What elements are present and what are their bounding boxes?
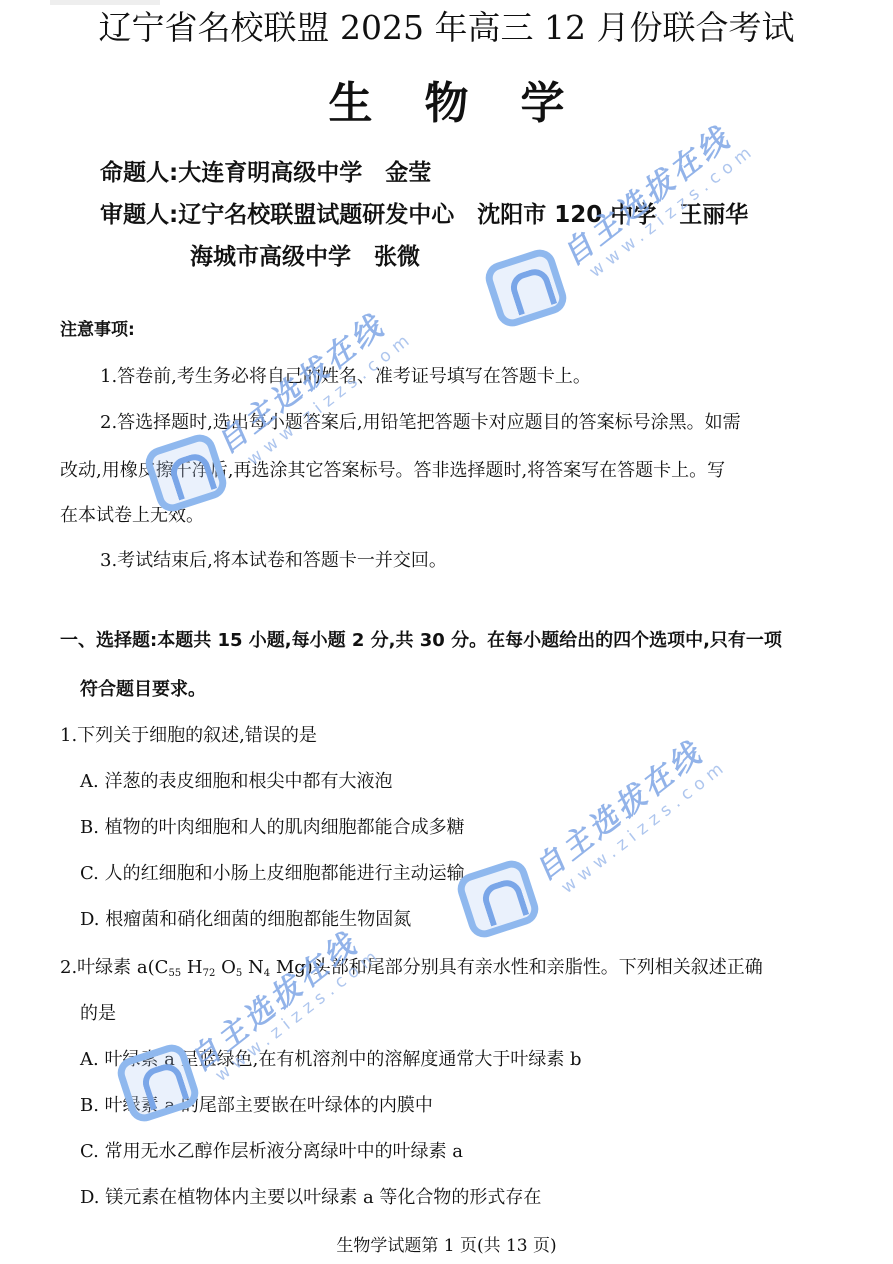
question-2-stem-cont: 的是 [80, 1001, 116, 1027]
watermark-url-text: www.zizzs.com [558, 756, 732, 898]
subject-char: 学 [521, 78, 565, 130]
subscript: 4 [264, 968, 270, 979]
element-o: O [221, 957, 236, 978]
subject-char: 物 [425, 78, 469, 130]
question-1-option-a: A. 洋葱的表皮细胞和根尖中都有大液泡 [80, 769, 392, 795]
notice-item-2-cont: 改动,用橡皮擦干净后,再选涂其它答案标号。答非选择题时,将答案写在答题卡上。写 [60, 458, 725, 484]
question-2-option-c: C. 常用无水乙醇作层析液分离绿叶中的叶绿素 a [80, 1139, 463, 1165]
subject-title: 生物学 [0, 78, 893, 130]
stem-prefix: 2.叶绿素 a( [60, 957, 155, 978]
watermark-logo-icon [482, 245, 571, 330]
subscript: 72 [203, 968, 216, 979]
watermark-logo-icon [454, 856, 543, 941]
scan-artifact [50, 0, 160, 5]
question-2-option-d: D. 镁元素在植物体内主要以叶绿素 a 等化合物的形式存在 [80, 1185, 541, 1211]
author-line: 命题人:大连育明高级中学 金莹 [100, 158, 431, 188]
reviewer-line: 审题人:辽宁名校联盟试题研发中心 沈阳市 120 中学 王丽华 [100, 200, 748, 230]
author-value: 大连育明高级中学 金莹 [178, 160, 431, 186]
section-heading-cont: 符合题目要求。 [80, 677, 206, 703]
stem-suffix: )头部和尾部分别具有亲水性和亲脂性。下列相关叙述正确 [306, 957, 763, 978]
question-1-option-d: D. 根瘤菌和硝化细菌的细胞都能生物固氮 [80, 907, 411, 933]
question-2-option-a: A. 叶绿素 a 呈蓝绿色,在有机溶剂中的溶解度通常大于叶绿素 b [80, 1047, 582, 1073]
subscript: 55 [168, 968, 181, 979]
question-1-option-b: B. 植物的叶肉细胞和人的肌肉细胞都能合成多糖 [80, 815, 465, 841]
section-heading: 一、选择题:本题共 15 小题,每小题 2 分,共 30 分。在每小题给出的四个… [60, 628, 782, 654]
element-c: C [155, 957, 169, 978]
subscript: 5 [236, 968, 242, 979]
watermark-brand-text: 自主选拔在线 [551, 114, 739, 274]
reviewer-label: 审题人: [100, 202, 178, 228]
reviewer-value: 辽宁名校联盟试题研发中心 沈阳市 120 中学 王丽华 [178, 202, 748, 228]
author-label: 命题人: [100, 160, 178, 186]
question-2-stem: 2.叶绿素 a(C55 H72 O5 N4 Mg)头部和尾部分别具有亲水性和亲脂… [60, 955, 763, 987]
element-n: N [248, 957, 264, 978]
exam-title: 辽宁省名校联盟 2025 年高三 12 月份联合考试 [0, 8, 893, 48]
watermark-brand-text: 自主选拔在线 [523, 729, 711, 889]
subject-char: 生 [329, 78, 373, 130]
page-footer: 生物学试题第 1 页(共 13 页) [0, 1234, 893, 1258]
notice-heading: 注意事项: [60, 318, 135, 342]
element-h: H [187, 957, 203, 978]
question-1-option-c: C. 人的红细胞和小肠上皮细胞都能进行主动运输 [80, 861, 465, 887]
notice-item-2: 2.答选择题时,选出每小题答案后,用铅笔把答题卡对应题目的答案标号涂黑。如需 [100, 410, 741, 436]
question-1-stem: 1.下列关于细胞的叙述,错误的是 [60, 723, 317, 749]
notice-item-1: 1.答卷前,考生务必将自己的姓名、准考证号填写在答题卡上。 [100, 364, 591, 390]
notice-item-2-end: 在本试卷上无效。 [60, 503, 204, 529]
watermark-url-text: www.zizzs.com [244, 328, 418, 470]
element-mg: Mg [276, 957, 306, 978]
chem-formula: C55 H72 O5 N4 Mg [155, 957, 306, 978]
reviewer-line-2: 海城市高级中学 张微 [190, 242, 420, 272]
notice-item-3: 3.考试结束后,将本试卷和答题卡一并交回。 [100, 548, 447, 574]
question-2-option-b: B. 叶绿素 a 的尾部主要嵌在叶绿体的内膜中 [80, 1093, 433, 1119]
